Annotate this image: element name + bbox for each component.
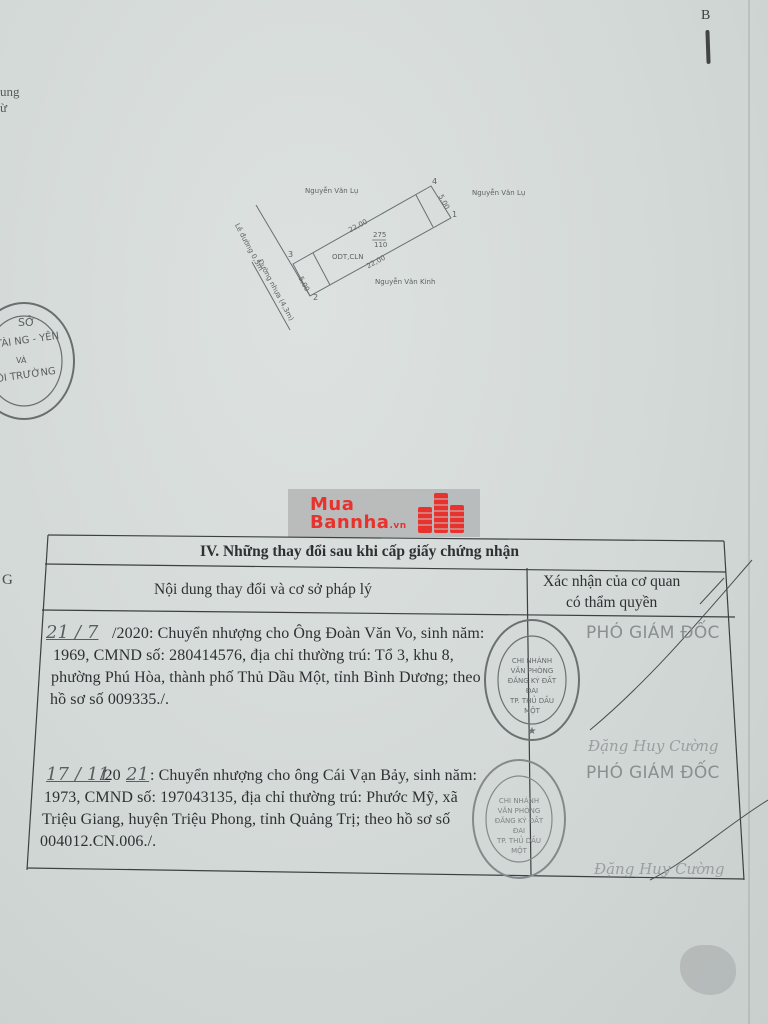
- entry-text-line: phường Phú Hòa, thành phố Thủ Dầu Một, t…: [51, 669, 481, 687]
- entry-text-line: Triệu Giang, huyện Triệu Phong, tỉnh Quả…: [42, 811, 450, 829]
- land-office-stamp: ★ CHI NHÁNH VĂN PHÒNG ĐĂNG KÝ ĐẤT ĐAI TP…: [482, 616, 582, 744]
- stamp-line: VĂN PHÒNG: [489, 806, 549, 816]
- stamp-line: VĂN PHÒNG: [502, 666, 562, 676]
- signature: Đặng Huy Cường: [594, 860, 725, 878]
- entry-text-line: /2020: Chuyển nhượng cho Ông Đoàn Văn Vo…: [112, 625, 484, 643]
- column-header-content: Nội dung thay đổi và cơ sở pháp lý: [154, 581, 372, 599]
- stamp-line: TP. THỦ DẦU MỘT: [489, 836, 549, 856]
- stamp-line: ĐĂNG KÝ ĐẤT ĐAI: [502, 676, 562, 696]
- handwritten-year: 21: [126, 764, 149, 785]
- stamp-line: CHI NHÁNH: [502, 656, 562, 666]
- entry-text-line: : Chuyển nhượng cho ông Cái Vạn Bảy, sin…: [150, 767, 477, 785]
- entry-text-line: 1973, CMND số: 197043135, địa chỉ thường…: [44, 789, 458, 807]
- handwritten-date: 21 / 7: [46, 622, 98, 643]
- section-title: IV. Những thay đổi sau khi cấp giấy chứn…: [200, 543, 519, 561]
- column-header-confirm: có thẩm quyền: [566, 594, 657, 612]
- stamp-line: ĐĂNG KÝ ĐẤT ĐAI: [489, 816, 549, 836]
- signature: Đặng Huy Cường: [588, 737, 719, 755]
- stamp-line: CHI NHÁNH: [489, 796, 549, 806]
- entry-text-line: hồ sơ số 009335./.: [50, 691, 169, 709]
- land-office-stamp: CHI NHÁNH VĂN PHÒNG ĐĂNG KÝ ĐẤT ĐAI TP. …: [470, 756, 568, 882]
- changes-table: IV. Những thay đổi sau khi cấp giấy chứn…: [0, 0, 768, 1024]
- signer-title: PHÓ GIÁM ĐỐC: [586, 763, 720, 783]
- signer-title: PHÓ GIÁM ĐỐC: [586, 623, 720, 643]
- stamp-line: TP. THỦ DẦU MỘT: [502, 696, 562, 716]
- entry-text-line: 1969, CMND số: 280414576, địa chỉ thường…: [53, 647, 454, 665]
- entry-text-line: 004012.CN.006./.: [40, 833, 156, 851]
- entry-year-prefix: /20: [100, 767, 121, 785]
- column-header-confirm: Xác nhận của cơ quan: [543, 573, 680, 591]
- svg-text:★: ★: [528, 726, 537, 737]
